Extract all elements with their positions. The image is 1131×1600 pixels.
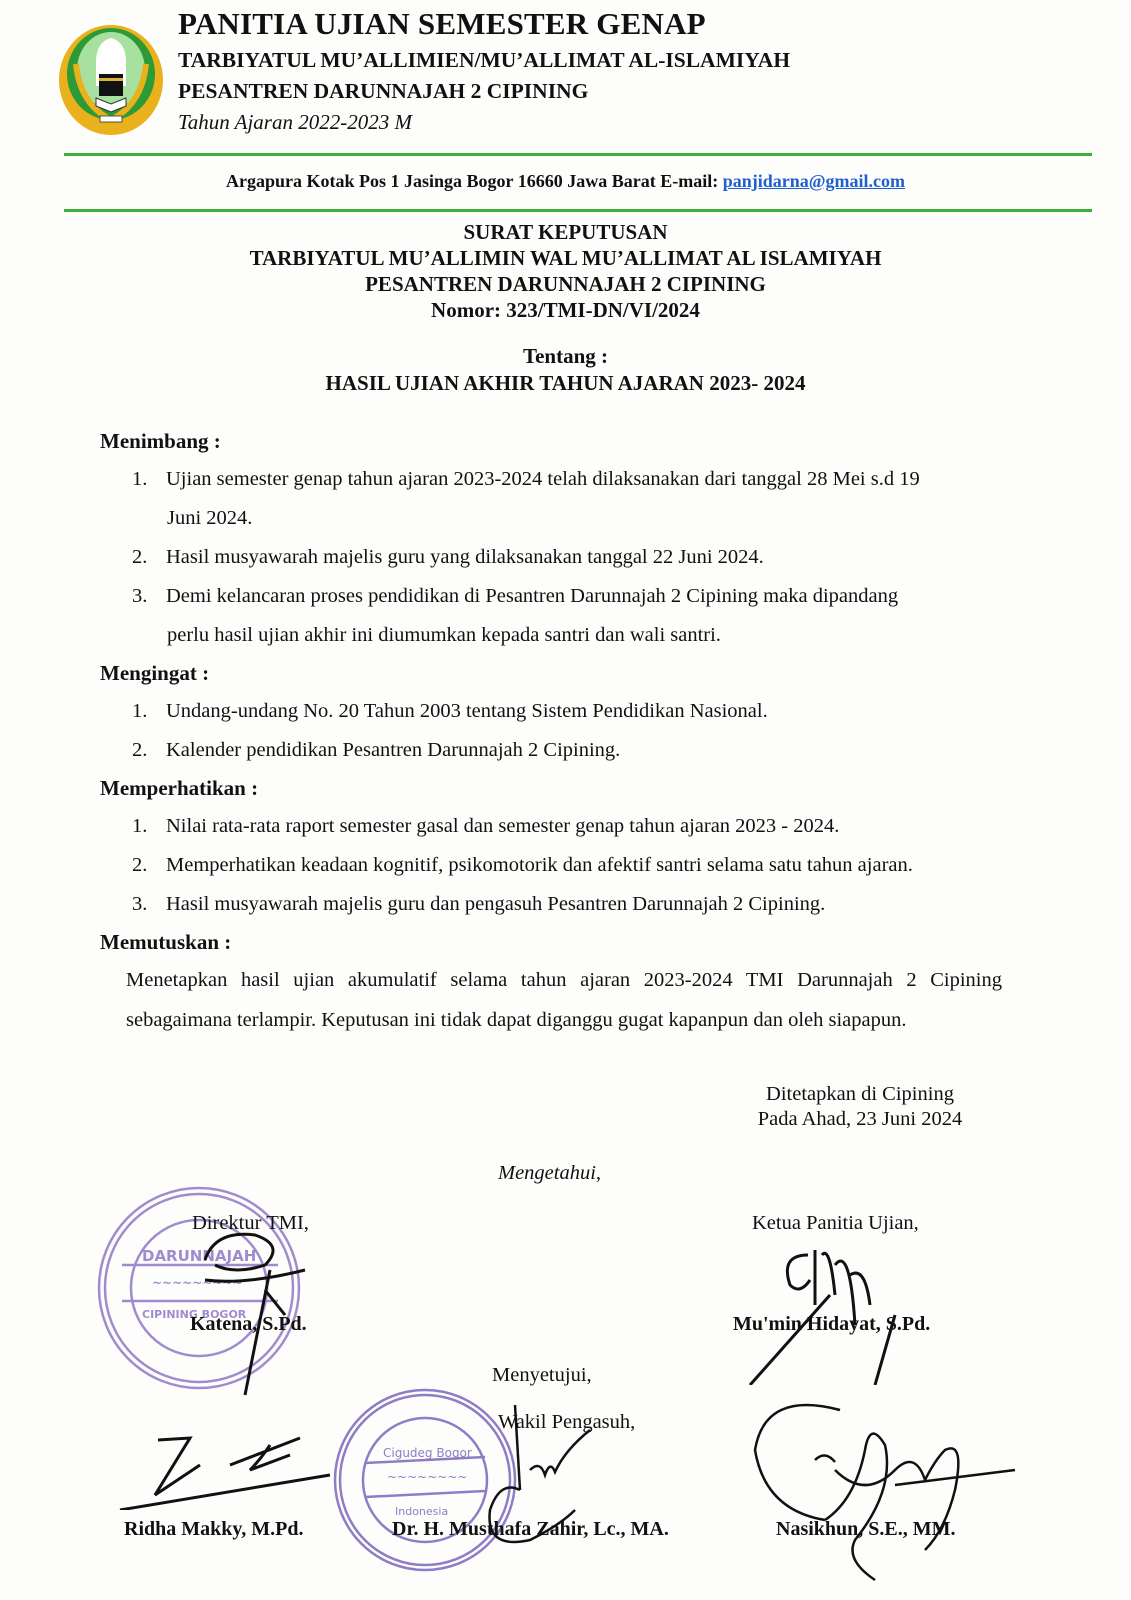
list-item: 1.Undang-undang No. 20 Tahun 2003 tentan… xyxy=(132,700,768,723)
list-item-continuation: perlu hasil ujian akhir ini diumumkan ke… xyxy=(167,624,721,647)
right-signatory-name: Nasikhun, S.E., MM. xyxy=(776,1518,956,1541)
decision-paragraph: Menetapkan hasil ujian akumulatif selama… xyxy=(126,960,1002,1040)
left-signature-icon xyxy=(100,1420,340,1510)
darunnajah-logo-icon xyxy=(58,24,164,136)
decree-about-label: Tentang : xyxy=(0,344,1131,369)
section-memutuskan-label: Memutuskan : xyxy=(100,930,231,955)
address-text: Argapura Kotak Pos 1 Jasinga Bogor 16660… xyxy=(226,171,718,191)
pesantren-stamp-icon: Cigudeg Bogor Indonesia ~~~~~~~~ xyxy=(325,1385,525,1575)
chair-role: Ketua Panitia Ujian, xyxy=(752,1212,919,1235)
svg-text:Indonesia: Indonesia xyxy=(395,1505,448,1518)
decree-institution: TARBIYATUL MU’ALLIMIN WAL MU’ALLIMAT AL … xyxy=(0,246,1131,271)
deputy-role: Wakil Pengasuh, xyxy=(498,1411,635,1434)
chair-name: Mu'min Hidayat, S.Pd. xyxy=(733,1313,930,1336)
director-signature-icon xyxy=(185,1220,320,1400)
list-item: 1.Ujian semester genap tahun ajaran 2023… xyxy=(132,468,920,491)
chair-signature-icon xyxy=(740,1235,940,1385)
section-menimbang-label: Menimbang : xyxy=(100,429,221,454)
list-item: 2.Hasil musyawarah majelis guru yang dil… xyxy=(132,546,764,569)
decree-subject: HASIL UJIAN AKHIR TAHUN AJARAN 2023- 202… xyxy=(0,371,1131,396)
header-divider-bottom xyxy=(64,209,1092,212)
issued-date: Pada Ahad, 23 Juni 2024 xyxy=(740,1108,980,1131)
list-item: 2.Memperhatikan keadaan kognitif, psikom… xyxy=(132,854,913,877)
director-name: Katena, S.Pd. xyxy=(190,1313,307,1336)
svg-text:Cigudeg Bogor: Cigudeg Bogor xyxy=(383,1446,472,1460)
svg-text:DARUNNAJAH: DARUNNAJAH xyxy=(142,1247,256,1265)
left-signatory-name: Ridha Makky, M.Pd. xyxy=(124,1518,303,1541)
section-memperhatikan-label: Memperhatikan : xyxy=(100,776,258,801)
right-signature-icon xyxy=(745,1390,1025,1600)
issued-place: Ditetapkan di Cipining xyxy=(740,1083,980,1106)
letterhead-academic-year: Tahun Ajaran 2022-2023 M xyxy=(178,110,412,135)
decree-title: SURAT KEPUTUSAN xyxy=(0,220,1131,245)
letterhead-address: Argapura Kotak Pos 1 Jasinga Bogor 16660… xyxy=(0,171,1131,192)
section-mengingat-label: Mengingat : xyxy=(100,661,209,686)
list-item: 2.Kalender pendidikan Pesantren Darunnaj… xyxy=(132,739,620,762)
list-item: 1.Nilai rata-rata raport semester gasal … xyxy=(132,815,839,838)
email-link[interactable]: panjidarna@gmail.com xyxy=(723,171,905,191)
header-divider-top xyxy=(64,153,1092,156)
deputy-name: Dr. H. Musthafa Zahir, Lc., MA. xyxy=(392,1518,669,1541)
letterhead-institution: TARBIYATUL MU’ALLIMIEN/MU’ALLIMAT AL-ISL… xyxy=(178,48,790,73)
list-item-continuation: Juni 2024. xyxy=(167,507,252,530)
svg-text:~~~~~~~~: ~~~~~~~~ xyxy=(387,1470,467,1484)
letterhead-school: PESANTREN DARUNNAJAH 2 CIPINING xyxy=(178,79,588,104)
director-role: Direktur TMI, xyxy=(192,1212,309,1235)
approved-label: Menyetujui, xyxy=(492,1364,592,1387)
list-item: 3.Demi kelancaran proses pendidikan di P… xyxy=(132,585,898,608)
decree-school: PESANTREN DARUNNAJAH 2 CIPINING xyxy=(0,272,1131,297)
svg-text:~~~~~~~~~: ~~~~~~~~~ xyxy=(152,1276,243,1290)
acknowledged-label: Mengetahui, xyxy=(498,1162,601,1185)
list-item: 3.Hasil musyawarah majelis guru dan peng… xyxy=(132,893,825,916)
decree-number: Nomor: 323/TMI-DN/VI/2024 xyxy=(0,298,1131,323)
letterhead-title: PANITIA UJIAN SEMESTER GENAP xyxy=(178,6,706,42)
